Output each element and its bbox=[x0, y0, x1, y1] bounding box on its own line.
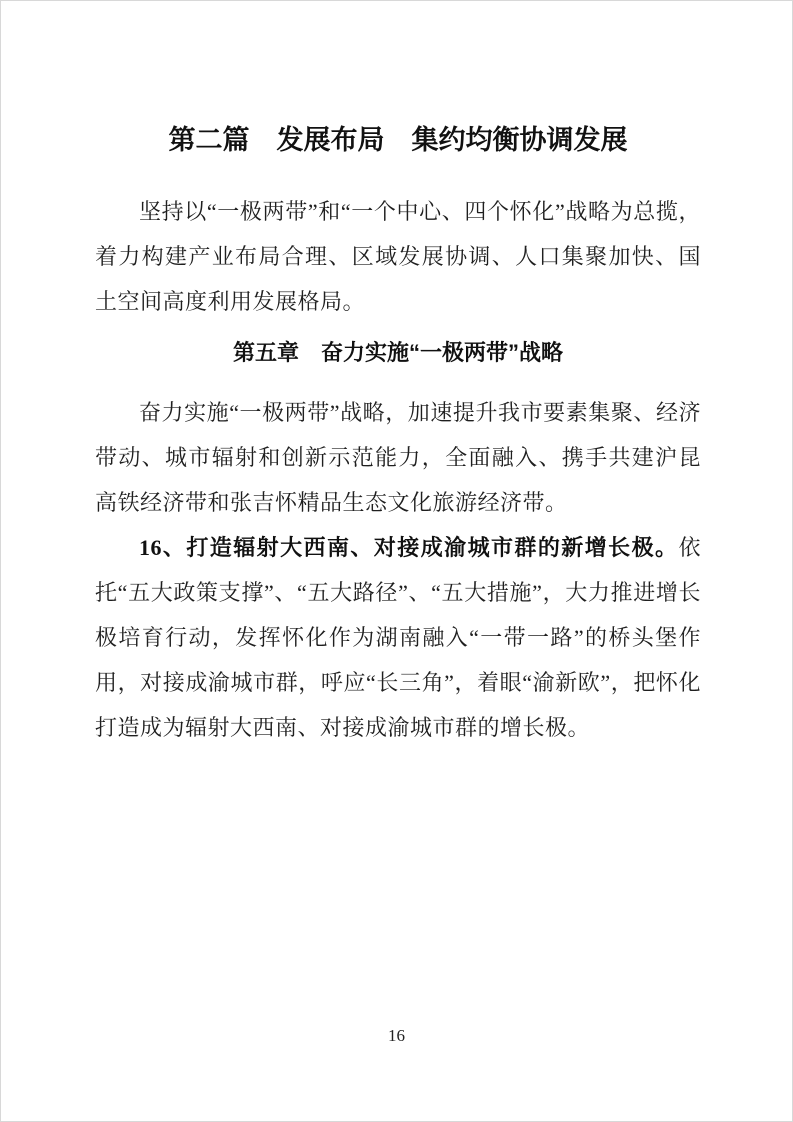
item-16-paragraph: 16、打造辐射大西南、对接成渝城市群的新增长极。依托“五大政策支撑”、“五大路径… bbox=[95, 525, 701, 750]
document-page: 第二篇 发展布局 集约均衡协调发展 坚持以“一极两带”和“一个中心、四个怀化”战… bbox=[0, 0, 793, 1122]
chapter-paragraph: 奋力实施“一极两带”战略，加速提升我市要素集聚、经济带动、城市辐射和创新示范能力… bbox=[95, 390, 701, 525]
item-16-lead-bold: 16、打造辐射大西南、对接成渝城市群的新增长极。 bbox=[139, 535, 678, 560]
item-16-body-text: 依托“五大政策支撑”、“五大路径”、“五大措施”，大力推进增长极培育行动，发挥怀… bbox=[95, 535, 701, 740]
part-title: 第二篇 发展布局 集约均衡协调发展 bbox=[95, 118, 701, 162]
page-number: 16 bbox=[0, 1026, 793, 1046]
intro-paragraph: 坚持以“一极两带”和“一个中心、四个怀化”战略为总揽，着力构建产业布局合理、区域… bbox=[95, 189, 701, 324]
chapter-title: 第五章 奋力实施“一极两带”战略 bbox=[95, 331, 701, 375]
document-content: 第二篇 发展布局 集约均衡协调发展 坚持以“一极两带”和“一个中心、四个怀化”战… bbox=[95, 118, 701, 750]
